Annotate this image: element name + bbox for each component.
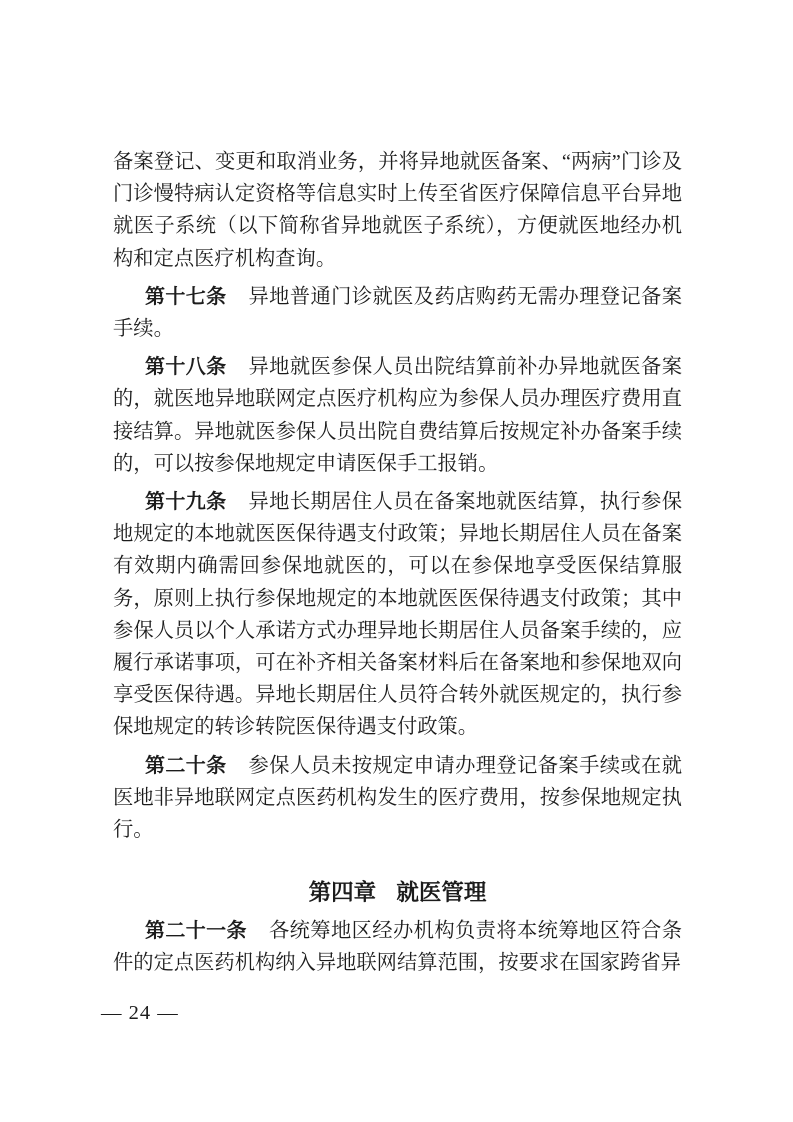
page-number: — 24 —: [101, 1002, 179, 1025]
article-19-paragraph: 第十九条异地长期居住人员在备案地就医结算，执行参保地规定的本地就医医保待遇支付政…: [113, 486, 682, 744]
article-20-number: 第二十条: [145, 755, 227, 777]
article-19-text: 异地长期居住人员在备案地就医结算，执行参保地规定的本地就医医保待遇支付政策；异地…: [113, 491, 682, 738]
article-21-number: 第二十一条: [145, 920, 247, 942]
article-21-paragraph: 第二十一条各统筹地区经办机构负责将本统筹地区符合条件的定点医药机构纳入异地联网结…: [113, 915, 682, 979]
article-17-number: 第十七条: [145, 286, 227, 308]
chapter-heading: 第四章就医管理: [113, 877, 682, 909]
chapter-title: 就医管理: [396, 880, 486, 905]
article-20-paragraph: 第二十条参保人员未按规定申请办理登记备案手续或在就医地非异地联网定点医药机构发生…: [113, 750, 682, 847]
article-18-paragraph: 第十八条异地就医参保人员出院结算前补办异地就医备案的，就医地异地联网定点医疗机构…: [113, 351, 682, 480]
paragraph-continuation: 备案登记、变更和取消业务，并将异地就医备案、“两病”门诊及门诊慢特病认定资格等信…: [113, 146, 682, 275]
body-text: 备案登记、变更和取消业务，并将异地就医备案、“两病”门诊及门诊慢特病认定资格等信…: [113, 146, 682, 980]
article-19-number: 第十九条: [145, 491, 227, 513]
chapter-label: 第四章: [309, 880, 377, 905]
document-page: 备案登记、变更和取消业务，并将异地就医备案、“两病”门诊及门诊慢特病认定资格等信…: [0, 0, 793, 1122]
article-18-number: 第十八条: [145, 356, 227, 378]
article-17-paragraph: 第十七条异地普通门诊就医及药店购药无需办理登记备案手续。: [113, 281, 682, 345]
